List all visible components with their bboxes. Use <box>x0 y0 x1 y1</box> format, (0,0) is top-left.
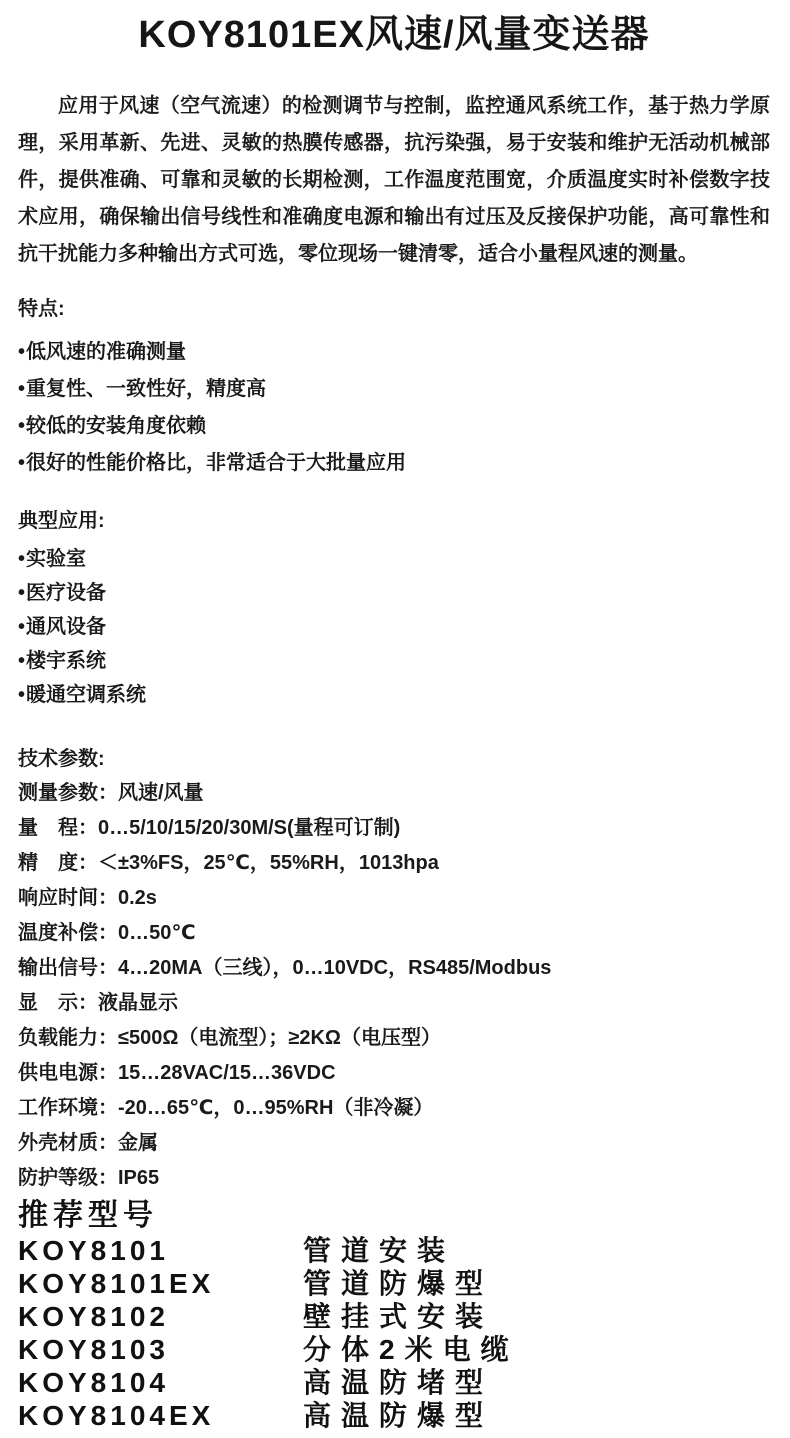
spec-value: ≤500Ω（电流型）；≥2KΩ（电压型） <box>118 1027 441 1049</box>
spec-value: ＜±3%FS，25℃，55%RH，1013hpa <box>98 852 439 874</box>
model-number: KOY8101EX <box>18 1267 303 1300</box>
feature-text: 较低的安装角度依赖 <box>26 415 206 437</box>
product-datasheet: KOY8101EX风速/风量变送器 应用于风速（空气流速）的检测调节与控制，监控… <box>0 0 790 1438</box>
intro-paragraph: 应用于风速（空气流速）的检测调节与控制，监控通风系统工作，基于热力学原理，采用革… <box>18 88 770 273</box>
bullet-icon: • <box>18 341 25 363</box>
feature-text: 低风速的准确测量 <box>26 341 186 363</box>
model-number: KOY8104 <box>18 1366 303 1399</box>
spec-value: -20…65℃，0…95%RH（非冷凝） <box>118 1097 433 1119</box>
spec-value: 0…50℃ <box>118 922 196 944</box>
page-title: KOY8101EX风速/风量变送器 <box>18 12 770 58</box>
applications-heading: 典型应用: <box>18 504 770 538</box>
spec-label: 响应时间： <box>18 887 118 909</box>
spec-row: 温度补偿：0…50℃ <box>18 916 770 951</box>
spec-value: 0…5/10/15/20/30M/S(量程可订制) <box>98 817 400 839</box>
spec-row: 工作环境：-20…65℃，0…95%RH（非冷凝） <box>18 1091 770 1126</box>
features-heading: 特点: <box>18 291 770 328</box>
bullet-icon: • <box>18 452 25 474</box>
model-number: KOY8104EX <box>18 1399 303 1432</box>
spec-label: 外壳材质： <box>18 1132 118 1154</box>
list-item: •低风速的准确测量 <box>18 334 770 371</box>
spec-label: 防护等级： <box>18 1167 118 1189</box>
spec-label: 温度补偿： <box>18 922 118 944</box>
spec-value: 风速/风量 <box>118 782 204 804</box>
list-item: •较低的安装角度依赖 <box>18 408 770 445</box>
spec-label: 工作环境： <box>18 1097 118 1119</box>
list-item: •暖通空调系统 <box>18 678 770 712</box>
list-item: •实验室 <box>18 542 770 576</box>
spec-value: 金属 <box>118 1132 158 1154</box>
model-type: 高温防堵型 <box>303 1366 493 1399</box>
spec-row: 外壳材质：金属 <box>18 1126 770 1161</box>
spec-row: 输出信号：4…20MA（三线），0…10VDC，RS485/Modbus <box>18 951 770 986</box>
spec-row: 精 度：＜±3%FS，25℃，55%RH，1013hpa <box>18 846 770 881</box>
spec-value: 0.2s <box>118 887 157 909</box>
bullet-icon: • <box>18 684 25 706</box>
bullet-icon: • <box>18 378 25 400</box>
table-row: KOY8101EX管道防爆型 <box>18 1267 770 1300</box>
feature-text: 重复性、一致性好，精度高 <box>26 378 266 400</box>
bullet-icon: • <box>18 582 25 604</box>
specs-heading: 技术参数: <box>18 742 770 776</box>
table-row: KOY8104高温防堵型 <box>18 1366 770 1399</box>
application-text: 楼宇系统 <box>26 650 106 672</box>
features-section: 特点: •低风速的准确测量 •重复性、一致性好，精度高 •较低的安装角度依赖 •… <box>18 291 770 482</box>
spec-value: 15…28VAC/15…36VDC <box>118 1062 336 1084</box>
applications-list: •实验室 •医疗设备 •通风设备 •楼宇系统 •暖通空调系统 <box>18 542 770 712</box>
table-row: KOY8101管道安装 <box>18 1234 770 1267</box>
bullet-icon: • <box>18 616 25 638</box>
bullet-icon: • <box>18 650 25 672</box>
specs-section: 技术参数: 测量参数：风速/风量 量 程：0…5/10/15/20/30M/S(… <box>18 742 770 1196</box>
spec-row: 显 示：液晶显示 <box>18 986 770 1021</box>
models-section: 推荐型号 KOY8101管道安装 KOY8101EX管道防爆型 KOY8102壁… <box>18 1198 770 1432</box>
model-type: 管道安装 <box>303 1234 455 1267</box>
applications-section: 典型应用: •实验室 •医疗设备 •通风设备 •楼宇系统 •暖通空调系统 <box>18 504 770 712</box>
application-text: 通风设备 <box>26 616 106 638</box>
list-item: •重复性、一致性好，精度高 <box>18 371 770 408</box>
bullet-icon: • <box>18 548 25 570</box>
list-item: •通风设备 <box>18 610 770 644</box>
spec-row: 供电电源：15…28VAC/15…36VDC <box>18 1056 770 1091</box>
model-type: 高温防爆型 <box>303 1399 493 1432</box>
bullet-icon: • <box>18 415 25 437</box>
application-text: 暖通空调系统 <box>26 684 146 706</box>
spec-value: 4…20MA（三线），0…10VDC，RS485/Modbus <box>118 957 551 979</box>
models-heading: 推荐型号 <box>18 1198 770 1234</box>
spec-row: 响应时间：0.2s <box>18 881 770 916</box>
table-row: KOY8102壁挂式安装 <box>18 1300 770 1333</box>
spec-label: 负载能力： <box>18 1027 118 1049</box>
application-text: 医疗设备 <box>26 582 106 604</box>
spec-row: 量 程：0…5/10/15/20/30M/S(量程可订制) <box>18 811 770 846</box>
model-number: KOY8101 <box>18 1234 303 1267</box>
spec-row: 防护等级：IP65 <box>18 1161 770 1196</box>
feature-text: 很好的性能价格比，非常适合于大批量应用 <box>26 452 406 474</box>
spec-label: 显 示： <box>18 992 98 1014</box>
spec-label: 量 程： <box>18 817 98 839</box>
table-row: KOY8104EX高温防爆型 <box>18 1399 770 1432</box>
table-row: KOY8103分体2米电缆 <box>18 1333 770 1366</box>
model-type: 分体2米电缆 <box>303 1333 519 1366</box>
spec-row: 测量参数：风速/风量 <box>18 776 770 811</box>
spec-row: 负载能力：≤500Ω（电流型）；≥2KΩ（电压型） <box>18 1021 770 1056</box>
list-item: •楼宇系统 <box>18 644 770 678</box>
spec-label: 输出信号： <box>18 957 118 979</box>
model-number: KOY8103 <box>18 1333 303 1366</box>
model-type: 壁挂式安装 <box>303 1300 493 1333</box>
list-item: •很好的性能价格比，非常适合于大批量应用 <box>18 445 770 482</box>
application-text: 实验室 <box>26 548 86 570</box>
spec-value: 液晶显示 <box>98 992 178 1014</box>
model-type: 管道防爆型 <box>303 1267 493 1300</box>
spec-label: 测量参数： <box>18 782 118 804</box>
spec-label: 供电电源： <box>18 1062 118 1084</box>
model-number: KOY8102 <box>18 1300 303 1333</box>
spec-value: IP65 <box>118 1167 159 1189</box>
spec-label: 精 度： <box>18 852 98 874</box>
features-list: •低风速的准确测量 •重复性、一致性好，精度高 •较低的安装角度依赖 •很好的性… <box>18 334 770 482</box>
list-item: •医疗设备 <box>18 576 770 610</box>
